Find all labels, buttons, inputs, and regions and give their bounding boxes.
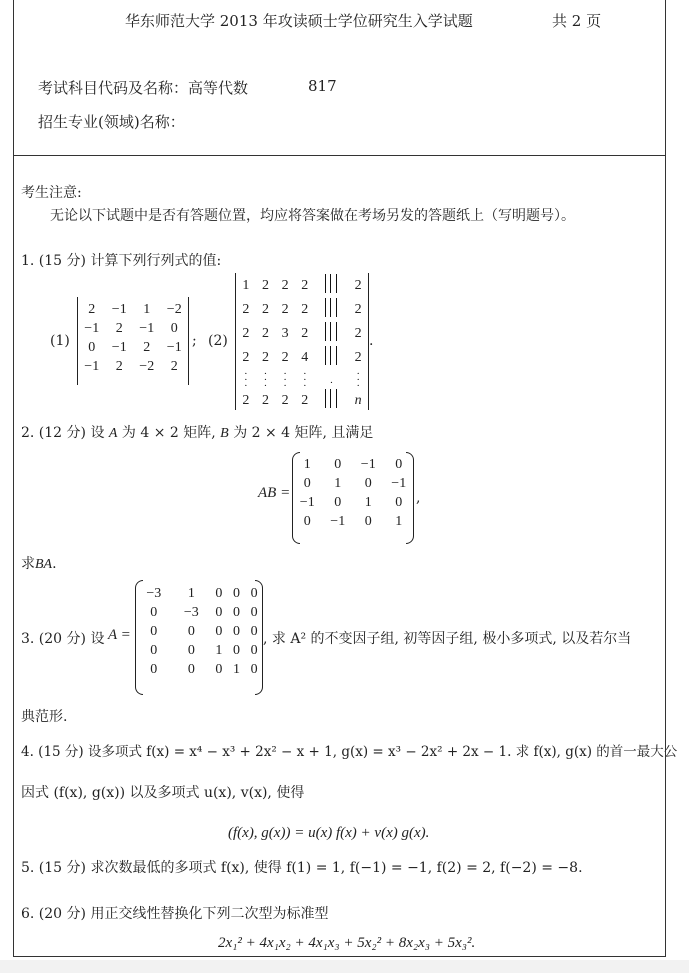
q4-equation: (f(x), g(x)) = u(x) f(x) + v(x) g(x).: [228, 825, 429, 842]
matrix-cell: 2: [256, 389, 276, 413]
matrix-cell: −2: [133, 357, 161, 376]
matrix-row: 22242: [236, 346, 368, 370]
matrix-cell: 2: [106, 357, 134, 376]
matrix-cell: 0: [228, 584, 246, 603]
matrix-row: −12−22: [78, 357, 188, 376]
matrix-cell: 0: [173, 622, 211, 641]
q2-var-b: B: [220, 426, 229, 441]
matrix-cell: −1: [78, 357, 106, 376]
matrix-cell: 0: [210, 622, 228, 641]
subject-label: 考试科目代码及名称：高等代数: [38, 77, 248, 98]
header-divider: [13, 155, 666, 156]
matrix-cell: −1: [133, 319, 161, 338]
matrix-row: 00100: [135, 641, 263, 660]
exam-title: 华东师范大学 2013 年攻读硕士学位研究生入学试题: [125, 10, 473, 31]
matrix-cell: 0: [78, 338, 106, 357]
matrix-cell: −1: [106, 300, 134, 319]
matrix-row: 0−12−1: [78, 338, 188, 357]
q6-equation: 2x₁² + 4x₁x₂ + 4x₁x₃ + 5x₂² + 8x₂x₃ + 5x…: [218, 935, 475, 952]
q2-prefix: 2. (12 分) 设: [21, 425, 104, 441]
matrix-row: 22222: [236, 298, 368, 322]
hdots-cell: [315, 274, 349, 298]
matrix-cell: −2: [161, 300, 189, 319]
matrix-cell: 1: [323, 474, 354, 493]
hdots-cell: [315, 298, 349, 322]
q1-part1-label: (1): [50, 333, 70, 349]
matrix-cell: 0: [173, 660, 211, 679]
matrix-cell: −1: [353, 455, 384, 474]
matrix-row: 00000: [135, 622, 263, 641]
subject-code: 817: [308, 77, 337, 95]
matrix-row: 12222: [236, 274, 368, 298]
matrix-cell: 2: [275, 298, 295, 322]
notice-label: 考生注意:: [21, 182, 82, 202]
q2-text-2: 为 2 × 4 矩阵, 且满足: [233, 425, 373, 441]
q3-continuation: 典范形.: [21, 706, 67, 726]
vdots-cell: ···: [275, 370, 295, 389]
question-1-prompt: 1. (15 分) 计算下列行列式的值:: [21, 250, 221, 270]
matrix-cell: 4: [295, 346, 315, 370]
question-3-prompt: 3. (20 分) 设: [21, 628, 104, 648]
matrix-cell: −1: [106, 338, 134, 357]
vdots-cell: ·: [315, 370, 349, 389]
matrix-cell: 2: [348, 274, 368, 298]
q2-lhs: AB =: [258, 485, 290, 502]
major-label: 招生专业(领域)名称：: [38, 111, 185, 132]
matrix-cell: 2: [295, 322, 315, 346]
matrix-cell: 1: [353, 493, 384, 512]
matrix-row: 0−101: [292, 512, 414, 531]
matrix-cell: 0: [353, 474, 384, 493]
matrix-row: −12−10: [78, 319, 188, 338]
matrix-cell: 0: [210, 584, 228, 603]
matrix-cell: 2: [133, 338, 161, 357]
vdots-cell: ···: [256, 370, 276, 389]
question-6-prompt: 6. (20 分) 用正交线性替换化下列二次型为标准型: [21, 903, 328, 923]
matrix-row: 22322: [236, 322, 368, 346]
matrix-cell: 1: [133, 300, 161, 319]
matrix-cell: 2: [295, 298, 315, 322]
q2-ask-text: 求: [21, 556, 35, 572]
matrix-cell: 1: [228, 660, 246, 679]
matrix-row: 0−3000: [135, 603, 263, 622]
matrix-cell: 0: [323, 493, 354, 512]
question-4-line-1: 4. (15 分) 设多项式 f(x) = x⁴ − x³ + 2x² − x …: [21, 740, 677, 760]
matrix-cell: 2: [295, 274, 315, 298]
matrix-cell: 0: [228, 641, 246, 660]
q1-part2-label: (2): [208, 333, 228, 349]
matrix-cell: −3: [173, 603, 211, 622]
matrix-ab: 10−10010−1−10100−101: [292, 452, 414, 544]
matrix-cell: 0: [228, 622, 246, 641]
determinant-1: 2−11−2−12−100−12−1−12−22: [77, 297, 189, 385]
matrix-row: 2−11−2: [78, 300, 188, 319]
matrix-cell: 0: [210, 660, 228, 679]
matrix-cell: 2: [295, 389, 315, 413]
matrix-row: −31000: [135, 584, 263, 603]
vdots-cell: ···: [295, 370, 315, 389]
q1-separator: ;: [192, 333, 197, 349]
matrix-cell: 2: [348, 322, 368, 346]
matrix-cell: n: [348, 389, 368, 413]
matrix-row: −1010: [292, 493, 414, 512]
matrix-cell: 2: [236, 298, 256, 322]
matrix-cell: 2: [78, 300, 106, 319]
q2-comma: ,: [416, 490, 420, 506]
matrix-cell: 2: [106, 319, 134, 338]
matrix-cell: 2: [256, 298, 276, 322]
matrix-cell: 2: [256, 274, 276, 298]
matrix-cell: 2: [275, 346, 295, 370]
right-paren: [406, 452, 414, 544]
hdots-cell: [315, 322, 349, 346]
triple-bar: [325, 298, 337, 317]
matrix-cell: −1: [161, 338, 189, 357]
matrix-cell: 2: [236, 389, 256, 413]
matrix-row: 2222n: [236, 389, 368, 413]
matrix-cell: 0: [353, 512, 384, 531]
matrix-cell: 2: [236, 346, 256, 370]
matrix-cell: 2: [348, 298, 368, 322]
left-paren: [135, 580, 143, 695]
q2-ask-var: BA: [35, 557, 52, 572]
matrix-cell: 2: [256, 322, 276, 346]
vdots-cell: ···: [236, 370, 256, 389]
matrix-cell: 1: [173, 584, 211, 603]
matrix-cell: 3: [275, 322, 295, 346]
q3-lhs: A =: [108, 627, 131, 644]
exam-page: 华东师范大学 2013 年攻读硕士学位研究生入学试题 共 2 页 考试科目代码及…: [0, 0, 689, 960]
matrix-cell: 1: [236, 274, 256, 298]
triple-bar: [325, 274, 337, 293]
matrix-row: 10−10: [292, 455, 414, 474]
matrix-cell: 2: [236, 322, 256, 346]
notice-text: 无论以下试题中是否有答题位置，均应将答案做在考场另发的答题纸上（写明题号）。: [50, 205, 575, 225]
vdots-row: ················: [236, 370, 368, 389]
matrix-cell: 0: [210, 603, 228, 622]
right-paren: [255, 580, 263, 695]
matrix-cell: 0: [173, 641, 211, 660]
matrix-cell: 2: [275, 274, 295, 298]
hdots-cell: [315, 346, 349, 370]
matrix-cell: −1: [323, 512, 354, 531]
q2-var-a: A: [109, 426, 118, 441]
q1-end-period: .: [369, 333, 373, 349]
triple-bar: [325, 389, 337, 408]
question-4-line-2: 因式 (f(x), g(x)) 以及多项式 u(x), v(x), 使得: [21, 782, 304, 802]
triple-bar: [325, 322, 337, 341]
matrix-cell: 1: [210, 641, 228, 660]
vdots-cell: ···: [348, 370, 368, 389]
q2-ask-end: .: [52, 556, 56, 572]
q2-text-1: 为 4 × 2 矩阵,: [122, 425, 216, 441]
matrix-cell: 0: [161, 319, 189, 338]
hdots-cell: [315, 389, 349, 413]
q3-suffix: , 求 A² 的不变因子组, 初等因子组, 极小多项式, 以及若尔当: [263, 628, 631, 648]
matrix-cell: 0: [228, 603, 246, 622]
question-2-prompt: 2. (12 分) 设 A 为 4 × 2 矩阵, B 为 2 × 4 矩阵, …: [21, 422, 373, 442]
triple-bar: [325, 346, 337, 365]
question-5-prompt: 5. (15 分) 求次数最低的多项式 f(x), 使得 f(1) = 1, f…: [21, 857, 583, 877]
matrix-row: 00010: [135, 660, 263, 679]
matrix-cell: 2: [256, 346, 276, 370]
matrix-row: 010−1: [292, 474, 414, 493]
matrix-cell: 2: [348, 346, 368, 370]
matrix-cell: 0: [323, 455, 354, 474]
left-paren: [292, 452, 300, 544]
matrix-cell: 2: [275, 389, 295, 413]
q2-ask: 求BA.: [21, 553, 57, 573]
matrix-cell: 2: [161, 357, 189, 376]
determinant-2: 12222222222232222242················2222…: [235, 273, 369, 410]
matrix-cell: −1: [78, 319, 106, 338]
page-count: 共 2 页: [552, 10, 601, 31]
matrix-a: −310000−3000000000010000010: [135, 580, 263, 695]
